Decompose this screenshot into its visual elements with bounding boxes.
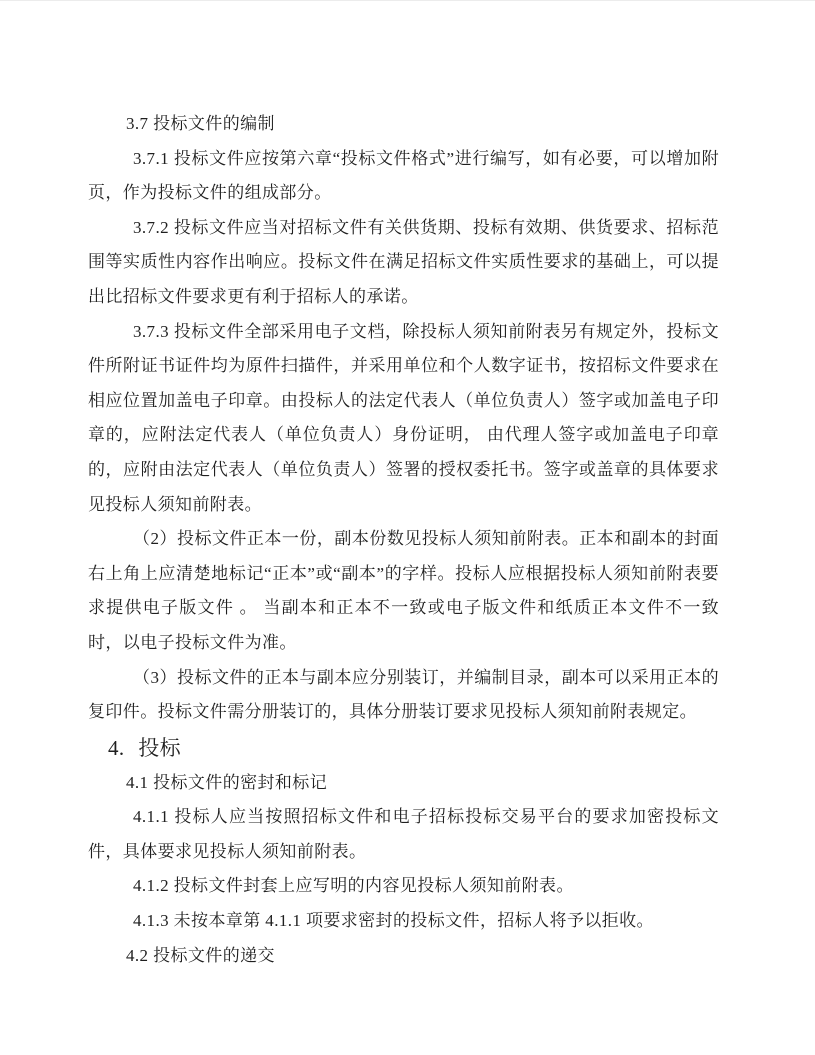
paragraph-4-1-2: 4.1.2 投标文件封套上应写明的内容见投标人须知前附表。 [88,869,719,904]
chapter-heading-4: 4. 投标 [88,730,719,766]
paragraph-3-7-2: 3.7.2 投标文件应当对招标文件有关供货期、投标有效期、供货要求、招标范围等实… [88,211,719,315]
section-heading-3-7: 3.7 投标文件的编制 [88,107,719,142]
document-page: 3.7 投标文件的编制 3.7.1 投标文件应按第六章“投标文件格式”进行编写，… [0,0,815,1055]
paragraph-3-7-1: 3.7.1 投标文件应按第六章“投标文件格式”进行编写，如有必要，可以增加附页，… [88,142,719,211]
section-heading-4-2: 4.2 投标文件的递交 [88,939,719,974]
section-heading-4-1: 4.1 投标文件的密封和标记 [88,766,719,801]
paragraph-item-3: （3）投标文件的正本与副本应分别装订，并编制目录，副本可以采用正本的复印件。投标… [88,661,719,730]
paragraph-item-2: （2）投标文件正本一份，副本份数见投标人须知前附表。正本和副本的封面右上角上应清… [88,522,719,660]
paragraph-4-1-3: 4.1.3 未按本章第 4.1.1 项要求密封的投标文件，招标人将予以拒收。 [88,904,719,939]
paragraph-4-1-1: 4.1.1 投标人应当按照招标文件和电子招标投标交易平台的要求加密投标文件，具体… [88,800,719,869]
paragraph-3-7-3: 3.7.3 投标文件全部采用电子文档，除投标人须知前附表另有规定外，投标文件所附… [88,315,719,523]
